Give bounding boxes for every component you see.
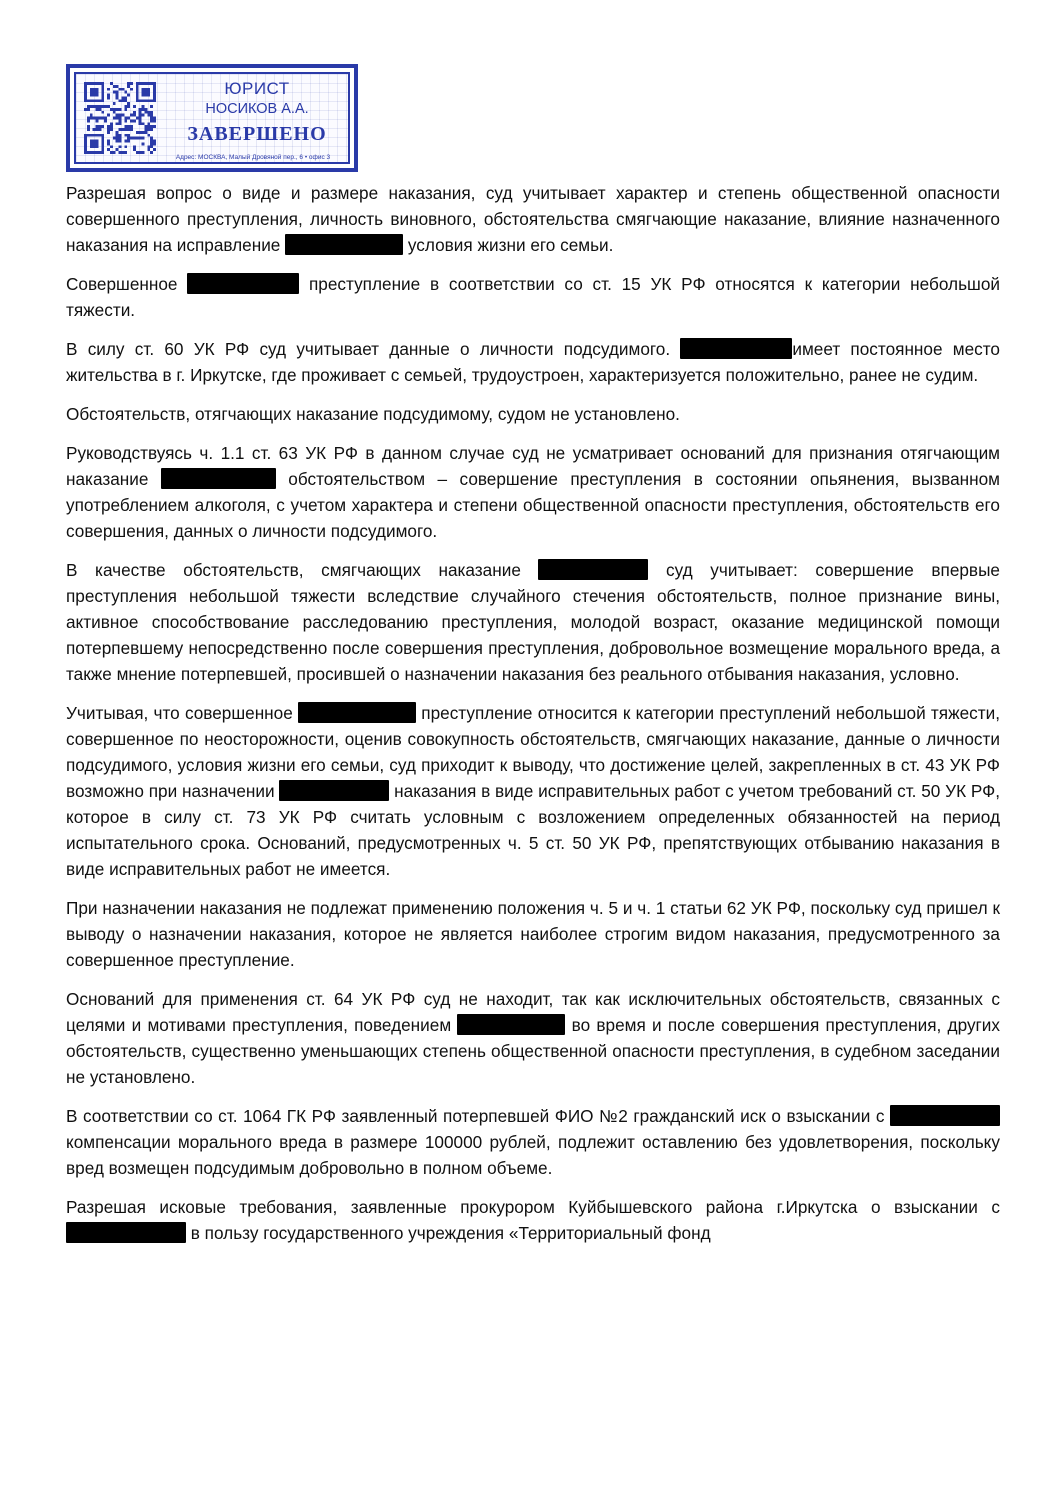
- paragraph: В силу ст. 60 УК РФ суд учитывает данные…: [66, 336, 1000, 388]
- paragraph-text: условия жизни его семьи.: [403, 235, 613, 255]
- paragraph: Разрешая вопрос о виде и размере наказан…: [66, 180, 1000, 258]
- redacted-name: [890, 1105, 1000, 1126]
- paragraph-text: Обстоятельств, отягчающих наказание подс…: [66, 404, 680, 424]
- paragraph: Обстоятельств, отягчающих наказание подс…: [66, 401, 1000, 427]
- paragraph-text: Совершенное: [66, 274, 187, 294]
- stamp-status: ЗАВЕРШЕНО: [172, 123, 342, 146]
- redacted-name: [66, 1222, 186, 1243]
- stamp-title: ЮРИСТ: [172, 79, 342, 99]
- stamp-lawyer-name: НОСИКОВ А.А.: [172, 101, 342, 117]
- paragraph-text: В соответствии со ст. 1064 ГК РФ заявлен…: [66, 1106, 890, 1126]
- document-body: Разрешая вопрос о виде и размере наказан…: [66, 180, 1000, 1259]
- paragraph-text: В качестве обстоятельств, смягчающих нак…: [66, 560, 538, 580]
- paragraph: Оснований для применения ст. 64 УК РФ су…: [66, 986, 1000, 1090]
- paragraph: При назначении наказания не подлежат при…: [66, 895, 1000, 973]
- paragraph-text: Разрешая исковые требования, заявленные …: [66, 1197, 1000, 1217]
- paragraph: Учитывая, что совершенное преступление о…: [66, 700, 1000, 882]
- redacted-name: [161, 468, 276, 489]
- paragraph-text: При назначении наказания не подлежат при…: [66, 898, 1000, 970]
- stamp-inner-frame: ЮРИСТ НОСИКОВ А.А. ЗАВЕРШЕНО Адрес: МОСК…: [74, 72, 350, 164]
- qr-code-icon: [84, 82, 156, 154]
- paragraph: Разрешая исковые требования, заявленные …: [66, 1194, 1000, 1246]
- paragraph-text: Учитывая, что совершенное: [66, 703, 298, 723]
- paragraph: Руководствуясь ч. 1.1 ст. 63 УК РФ в дан…: [66, 440, 1000, 544]
- paragraph: В качестве обстоятельств, смягчающих нак…: [66, 557, 1000, 687]
- redacted-name: [680, 338, 792, 359]
- lawyer-stamp: ЮРИСТ НОСИКОВ А.А. ЗАВЕРШЕНО Адрес: МОСК…: [66, 64, 358, 172]
- redacted-name: [457, 1014, 565, 1035]
- redacted-name: [285, 234, 403, 255]
- redacted-name: [298, 702, 416, 723]
- paragraph-text: в пользу государственного учреждения «Те…: [186, 1223, 711, 1243]
- paragraph: Совершенное преступление в соответствии …: [66, 271, 1000, 323]
- redacted-name: [279, 780, 389, 801]
- paragraph-text: компенсации морального вреда в размере 1…: [66, 1132, 1000, 1178]
- document-page: ЮРИСТ НОСИКОВ А.А. ЗАВЕРШЕНО Адрес: МОСК…: [0, 0, 1061, 1500]
- redacted-name: [187, 273, 299, 294]
- stamp-address: Адрес: МОСКВА, Малый Дровяной пер., 6 • …: [162, 154, 344, 161]
- paragraph-text: В силу ст. 60 УК РФ суд учитывает данные…: [66, 339, 680, 359]
- redacted-name: [538, 559, 648, 580]
- paragraph: В соответствии со ст. 1064 ГК РФ заявлен…: [66, 1103, 1000, 1181]
